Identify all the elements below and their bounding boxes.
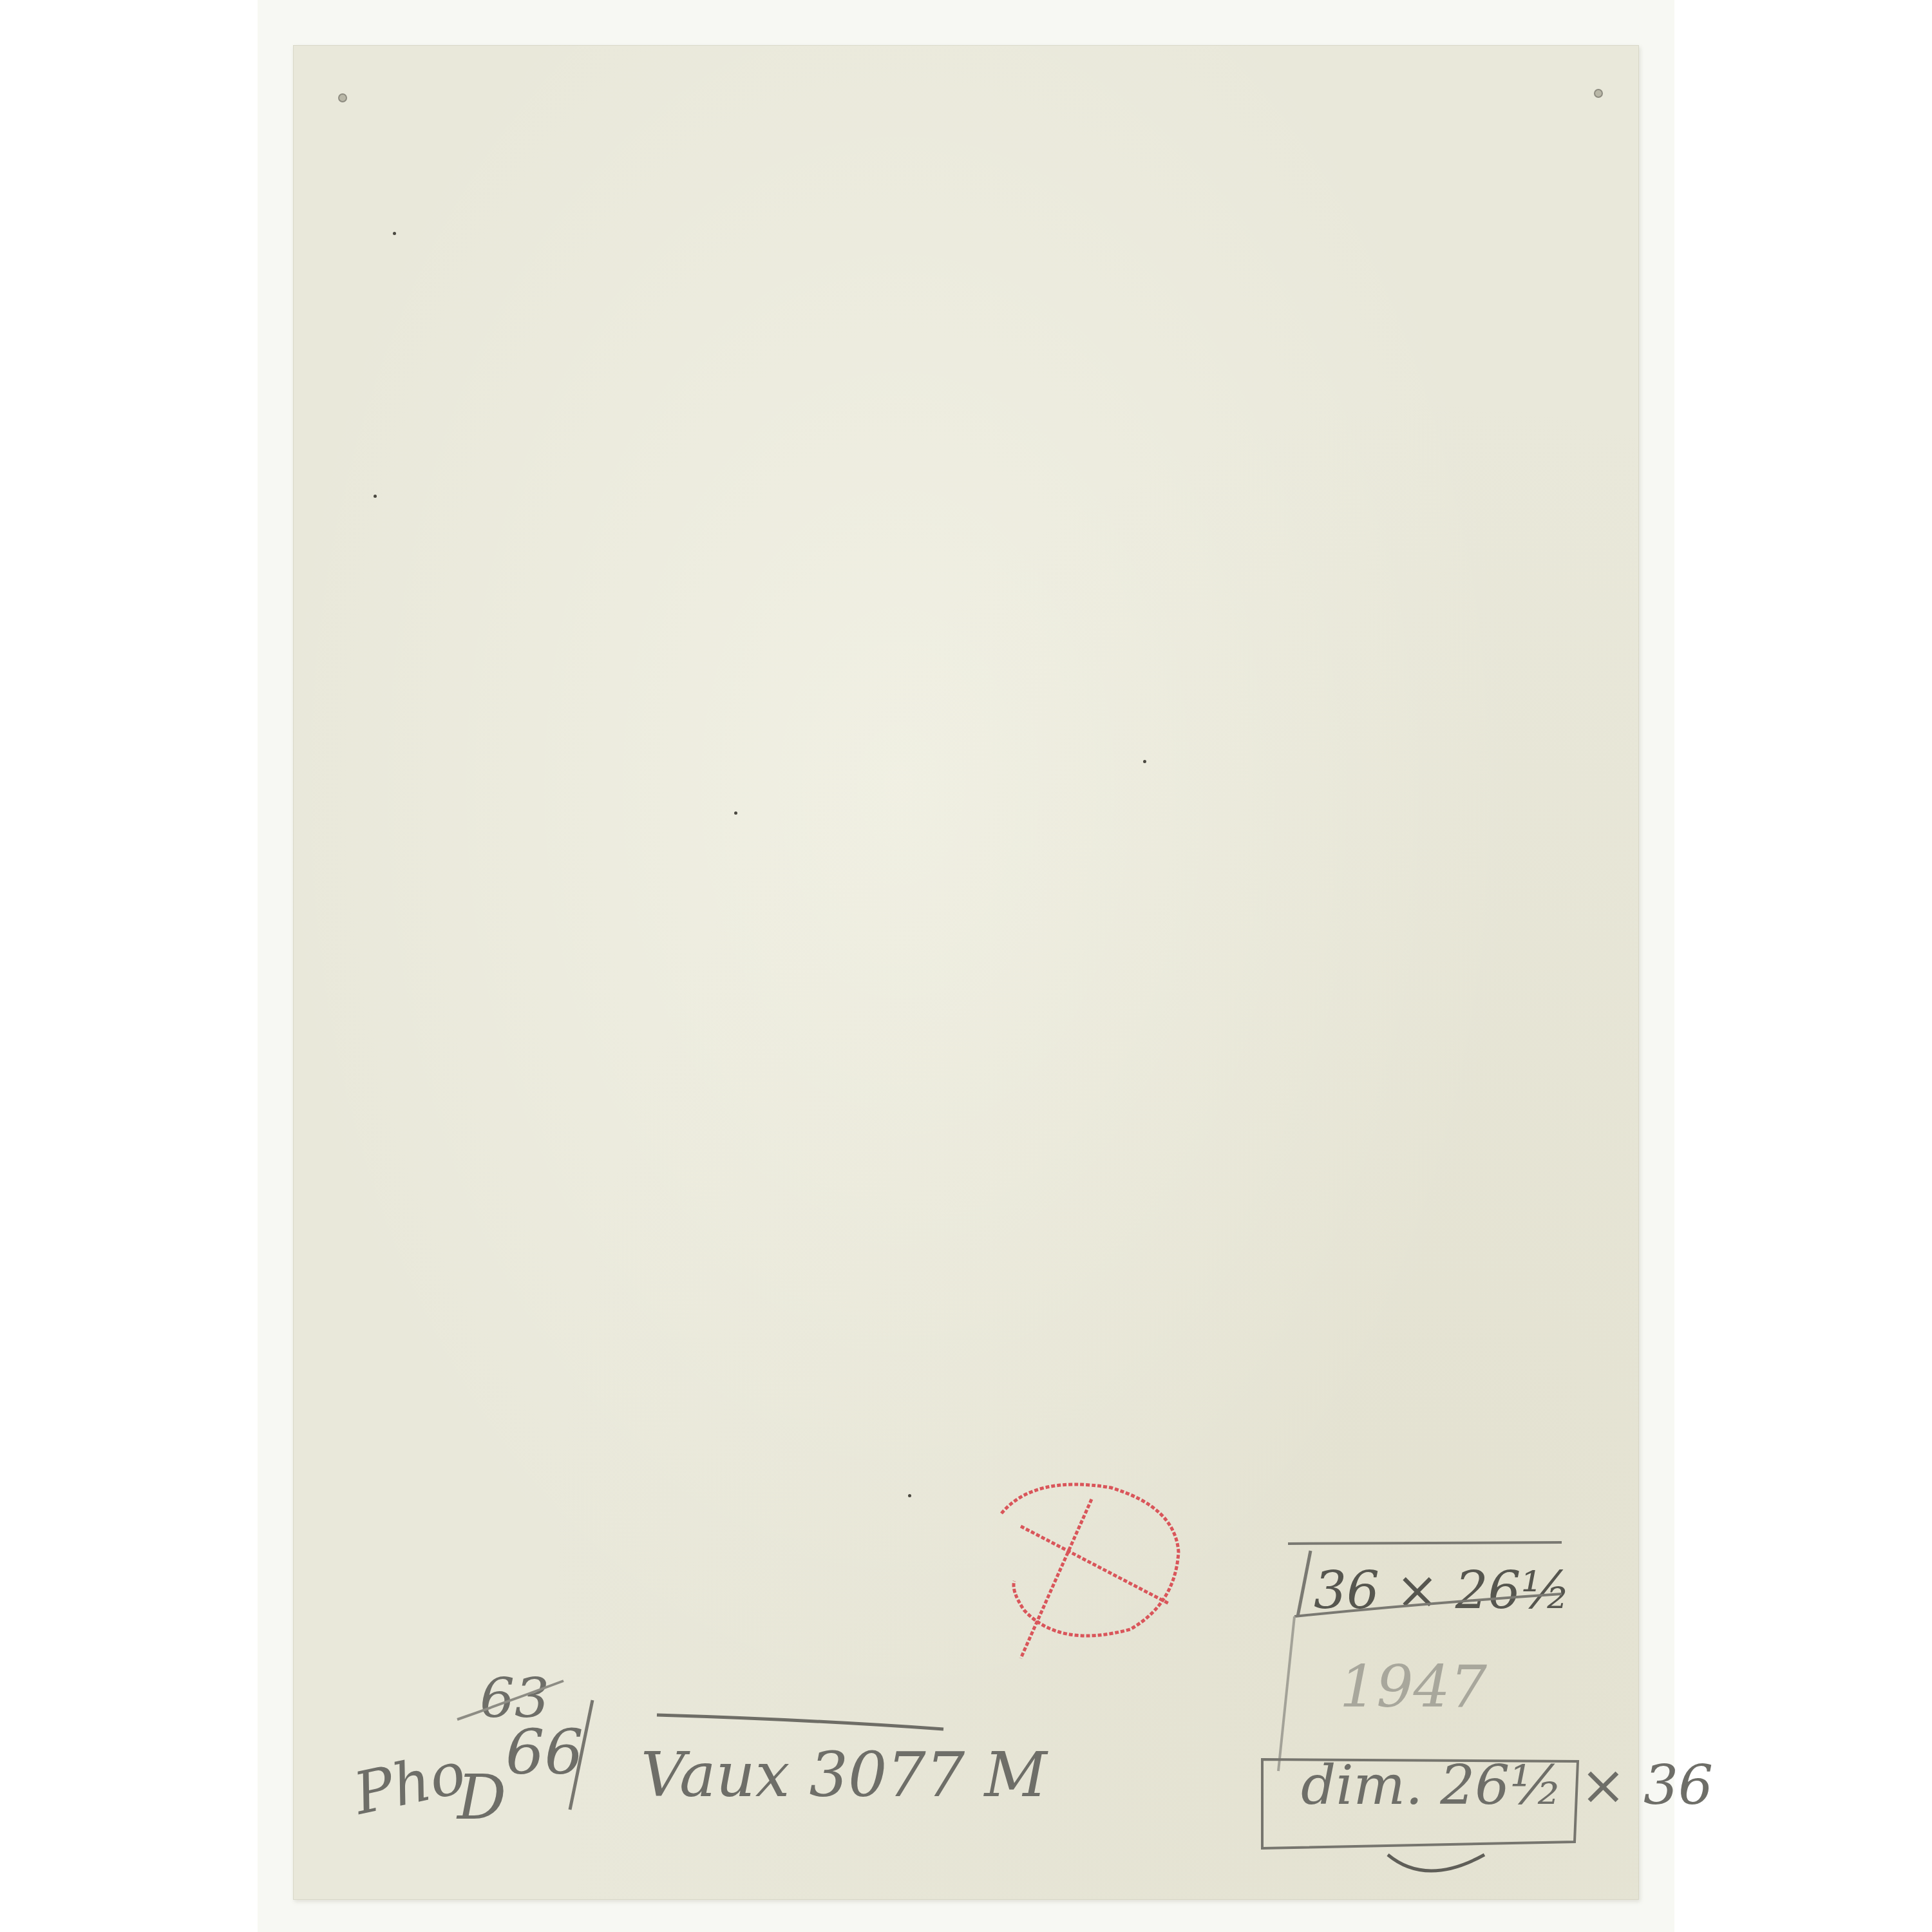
separator-stroke <box>570 1700 592 1810</box>
paper-sheet: Pho 63 D 66 Vaux 3077 M 36 × 26½ 1947 di… <box>293 45 1639 1900</box>
circled-cross-icon <box>1001 1484 1179 1658</box>
overline-stroke <box>657 1715 943 1729</box>
strokes-layer <box>293 45 1639 1900</box>
fraction-slash <box>457 1681 563 1719</box>
dimensions-box-frame <box>1262 1542 1578 1871</box>
scan-canvas: Pho 63 D 66 Vaux 3077 M 36 × 26½ 1947 di… <box>0 0 1932 1932</box>
